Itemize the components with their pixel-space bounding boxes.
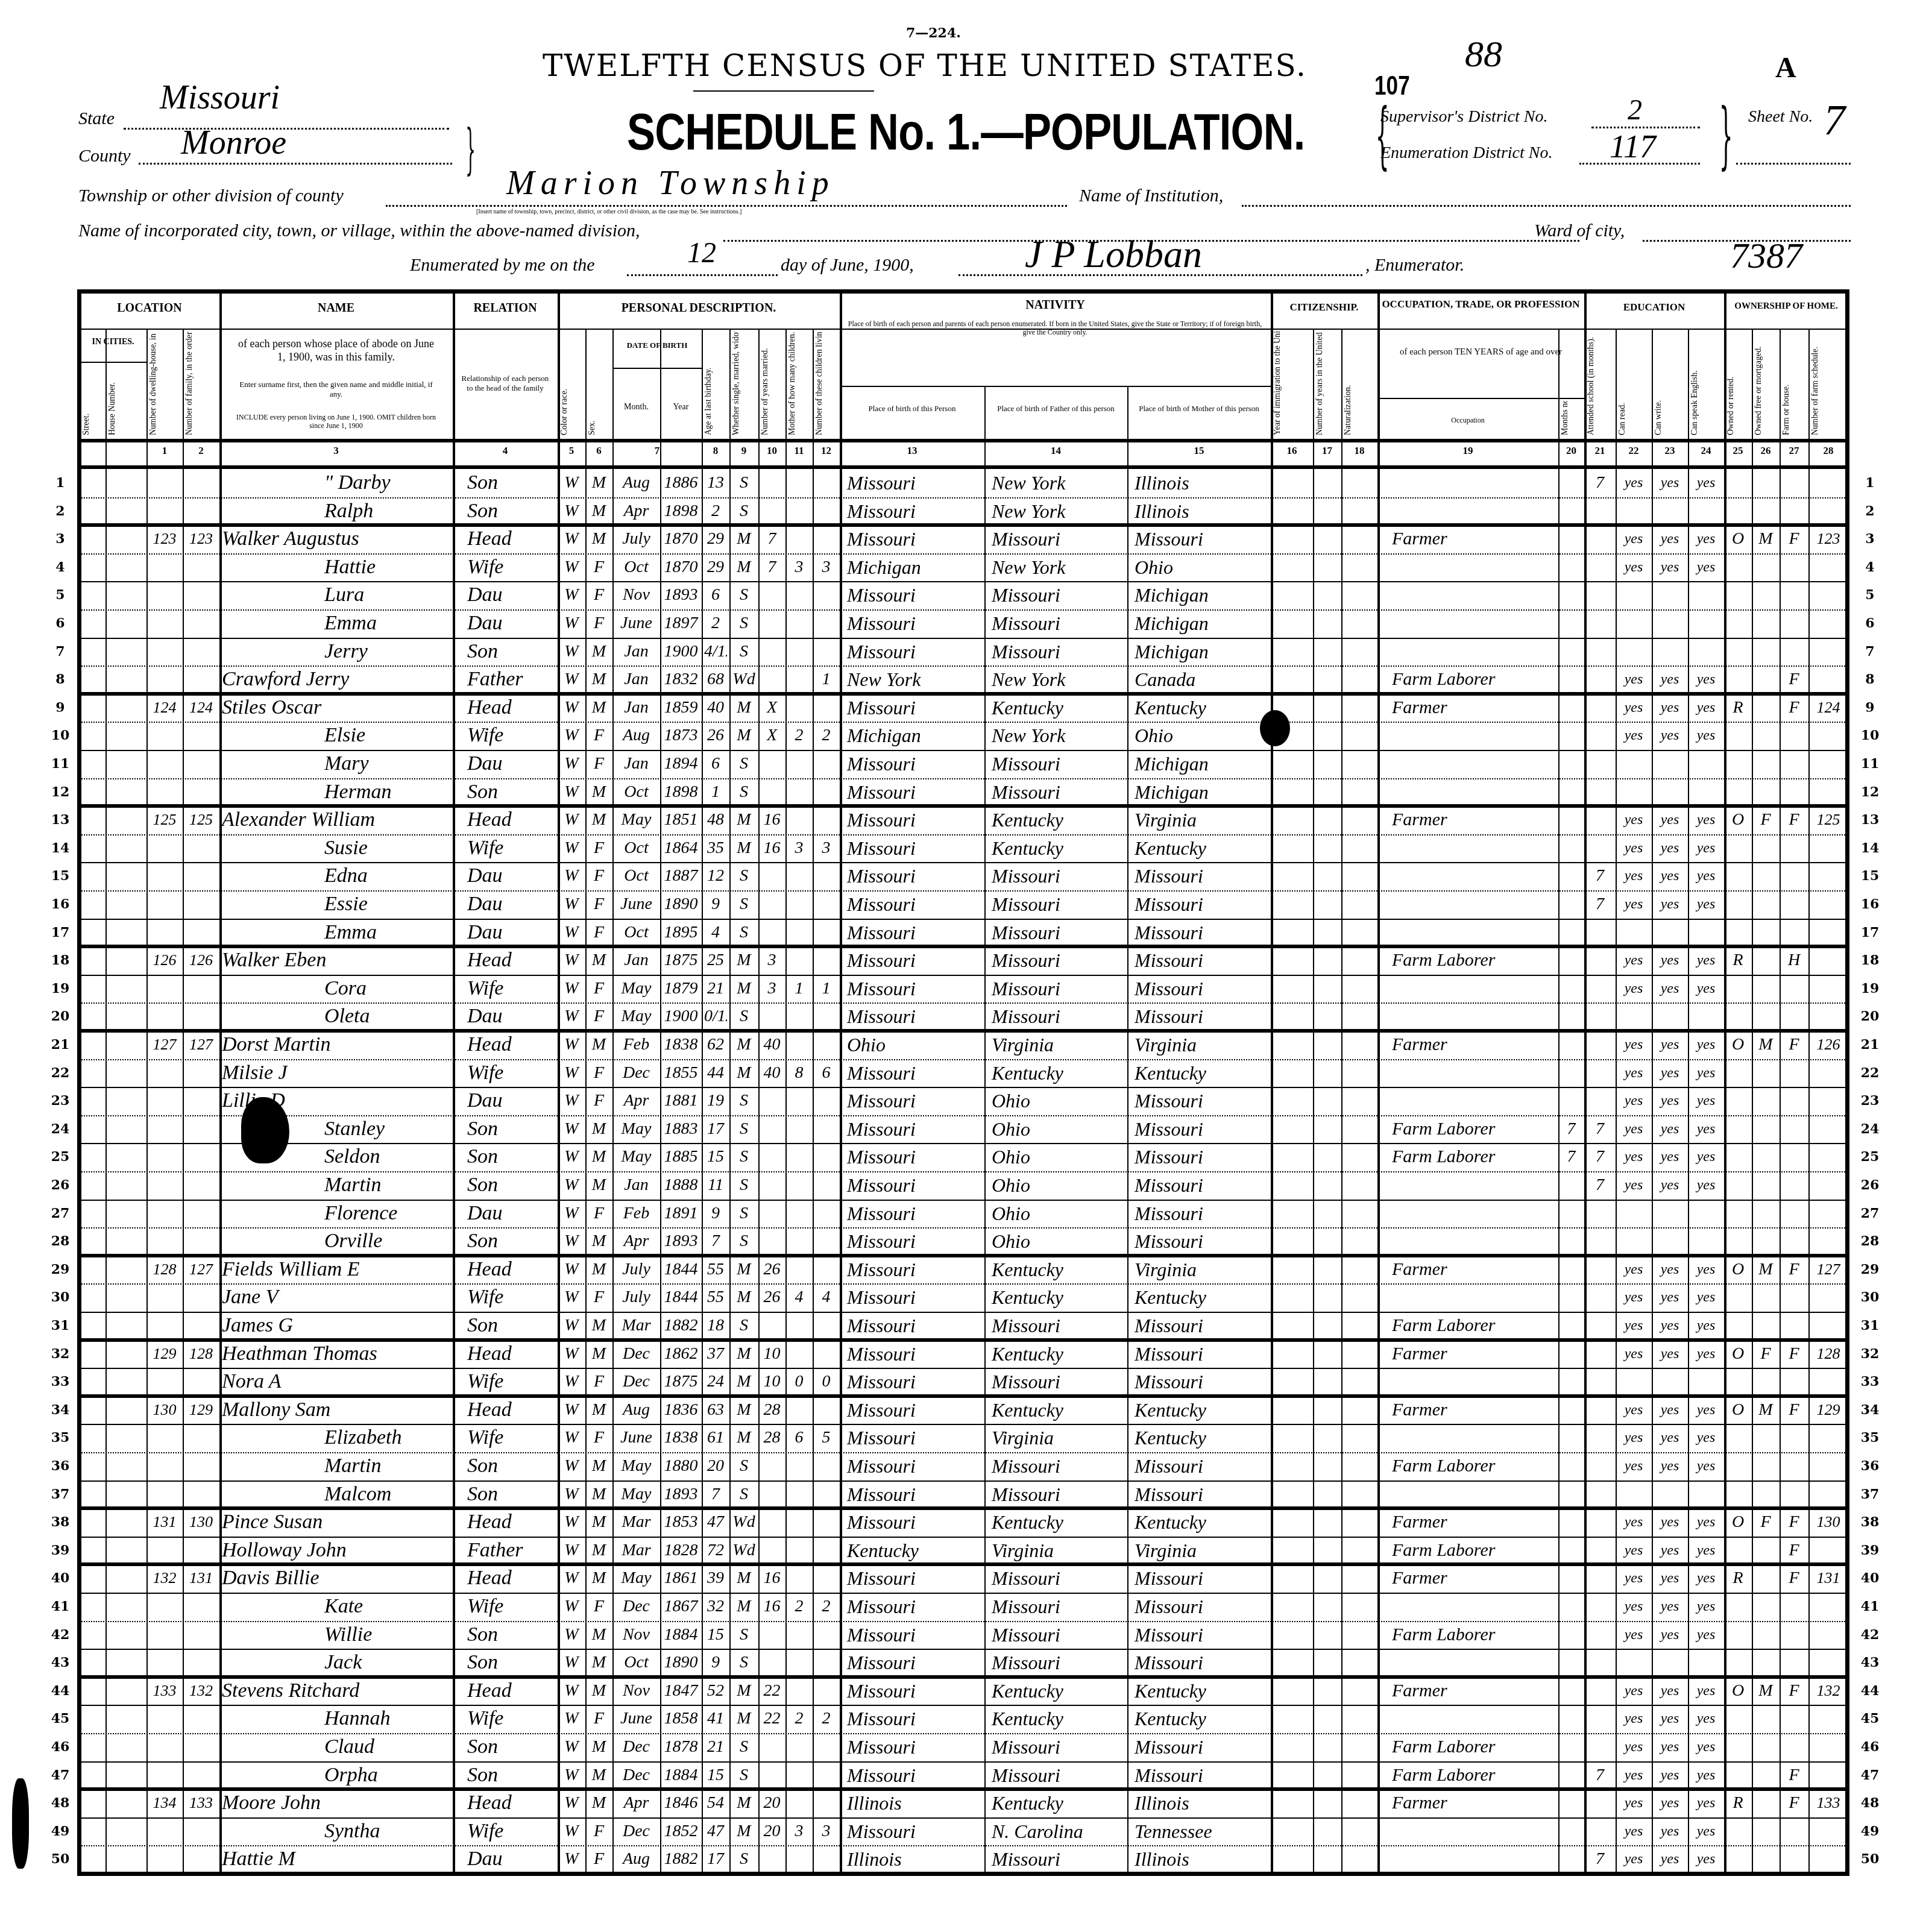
cell-pob-father: Ohio <box>987 1227 1130 1256</box>
cell-sex: M <box>588 1621 610 1649</box>
line-number-right: 16 <box>1858 896 1882 912</box>
line-number-right: 12 <box>1858 784 1882 800</box>
cell-unemployed: 7 <box>1561 1143 1582 1171</box>
line-number-left: 24 <box>48 1121 72 1137</box>
cell-family <box>185 1452 217 1480</box>
cell-read: yes <box>1618 1677 1649 1705</box>
cell-dwelling <box>149 1171 180 1200</box>
cell-school <box>1587 1480 1613 1509</box>
cell-month: Mar <box>615 1312 658 1340</box>
cell-living <box>815 525 837 553</box>
cell-relation: Head <box>455 1508 567 1537</box>
cell-month: Mar <box>615 1537 658 1565</box>
cell-marital: S <box>732 1452 756 1480</box>
cell-pob-father: Ohio <box>987 1143 1130 1171</box>
cell-read: yes <box>1618 834 1649 863</box>
cell-farm-no <box>1811 581 1846 609</box>
cell-marital: S <box>732 497 756 526</box>
header-farm-schedule: Number of farm schedule. <box>1811 332 1846 435</box>
cell-occupation: Farmer <box>1380 525 1568 553</box>
cell-farm-no <box>1811 1002 1846 1031</box>
cell-living <box>815 778 837 807</box>
cell-dwelling: 125 <box>149 806 180 834</box>
cell-sex: M <box>588 694 610 722</box>
cell-yrs-married: 28 <box>761 1396 783 1424</box>
cell-pob-mother: Michigan <box>1130 581 1273 609</box>
cell-read: yes <box>1618 975 1649 1003</box>
cell-pob-mother: Missouri <box>1130 1621 1273 1649</box>
cell-age: 6 <box>704 581 727 609</box>
cell-farm <box>1782 1368 1806 1396</box>
cell-month: June <box>615 609 658 638</box>
cell-pob: Missouri <box>842 1452 987 1480</box>
cell-farm-no <box>1811 834 1846 863</box>
cell-farm <box>1782 722 1806 750</box>
cell-living <box>815 1480 837 1509</box>
cell-free <box>1754 946 1777 975</box>
cell-free: M <box>1754 1031 1777 1059</box>
cell-living <box>815 1031 837 1059</box>
cell-unemployed: 7 <box>1561 1115 1582 1144</box>
cell-month: Aug <box>615 469 658 497</box>
cell-color: W <box>560 834 583 863</box>
cell-name: Milsie J <box>222 1059 450 1087</box>
cell-farm-no <box>1811 1171 1846 1200</box>
cell-free <box>1754 469 1777 497</box>
cell-year: 1898 <box>663 778 699 807</box>
cell-free <box>1754 1115 1777 1144</box>
cell-marital: M <box>732 1677 756 1705</box>
cell-read <box>1618 497 1649 526</box>
column-number: 27 <box>1780 445 1808 457</box>
cell-write: yes <box>1654 1761 1685 1790</box>
cell-marital: M <box>732 1817 756 1846</box>
cell-color: W <box>560 1283 583 1312</box>
cell-mother-of <box>788 1256 810 1284</box>
cell-pob-mother: Virginia <box>1130 1031 1273 1059</box>
cell-yrs-married: 16 <box>761 834 783 863</box>
cell-unemployed <box>1561 1087 1582 1115</box>
cell-unemployed <box>1561 1621 1582 1649</box>
cell-unemployed <box>1561 919 1582 947</box>
line-number-right: 43 <box>1858 1655 1882 1670</box>
cell-sex: F <box>588 1002 610 1031</box>
cell-age: 9 <box>704 890 727 919</box>
cell-living <box>815 1452 837 1480</box>
ownership-header: OWNERSHIP OF HOME. <box>1724 301 1848 312</box>
education-header: EDUCATION <box>1584 301 1724 313</box>
cell-owned <box>1726 1817 1749 1846</box>
cell-pob-father: Kentucky <box>987 1283 1130 1312</box>
line-number-left: 34 <box>48 1402 72 1418</box>
line-number-left: 26 <box>48 1177 72 1193</box>
cell-farm-no <box>1811 666 1846 694</box>
cell-name: Moore John <box>222 1789 450 1817</box>
cell-dwelling <box>149 1817 180 1846</box>
cell-write: yes <box>1654 1789 1685 1817</box>
cell-month: Oct <box>615 778 658 807</box>
cell-pob-father: Missouri <box>987 609 1130 638</box>
cell-year: 1895 <box>663 919 699 947</box>
cell-sex: F <box>588 862 610 890</box>
cell-pob-mother: Kentucky <box>1130 1059 1273 1087</box>
cell-free: M <box>1754 525 1777 553</box>
cell-sex: F <box>588 1059 610 1087</box>
cell-unemployed <box>1561 1761 1582 1790</box>
cell-marital: S <box>732 1171 756 1200</box>
cell-age: 9 <box>704 1649 727 1677</box>
cell-read: yes <box>1618 1817 1649 1846</box>
column-number: 22 <box>1616 445 1652 457</box>
line-number-left: 27 <box>48 1206 72 1221</box>
occupation-rule <box>1377 398 1584 399</box>
line-number-right: 27 <box>1858 1206 1882 1221</box>
cell-farm-no <box>1811 1143 1846 1171</box>
cell-color: W <box>560 609 583 638</box>
cell-marital: S <box>732 1649 756 1677</box>
line-number-left: 42 <box>48 1627 72 1643</box>
line-number-right: 7 <box>1858 644 1882 659</box>
cell-english: yes <box>1690 1059 1722 1087</box>
cell-color: W <box>560 890 583 919</box>
cell-occupation <box>1380 1227 1568 1256</box>
cell-yrs-married: 20 <box>761 1817 783 1846</box>
cell-pob-father: Missouri <box>987 946 1130 975</box>
cell-farm <box>1782 581 1806 609</box>
cell-month: Oct <box>615 862 658 890</box>
cell-read: yes <box>1618 1733 1649 1761</box>
supervisor-value: 2 <box>1628 93 1642 127</box>
cell-age: 17 <box>704 1845 727 1874</box>
cell-pob-mother: Illinois <box>1130 469 1273 497</box>
cell-english: yes <box>1690 553 1722 582</box>
line-number-left: 36 <box>48 1458 72 1474</box>
cell-farm-no <box>1811 1705 1846 1733</box>
cell-farm <box>1782 638 1806 666</box>
cell-pob-mother: Kentucky <box>1130 1508 1273 1537</box>
cell-living <box>815 1508 837 1537</box>
cell-dwelling <box>149 1452 180 1480</box>
cell-unemployed <box>1561 1171 1582 1200</box>
cell-occupation <box>1380 1817 1568 1846</box>
cell-farm <box>1782 1227 1806 1256</box>
cell-name: Alexander William <box>222 806 450 834</box>
census-title: TWELFTH CENSUS OF THE UNITED STATES. <box>543 48 1307 83</box>
cell-relation: Head <box>455 946 567 975</box>
cell-pob-mother: Canada <box>1130 666 1273 694</box>
cell-free <box>1754 1171 1777 1200</box>
cell-free <box>1754 1227 1777 1256</box>
cell-yrs-married <box>761 1452 783 1480</box>
cell-sex: F <box>588 722 610 750</box>
cell-pob-mother: Illinois <box>1130 497 1273 526</box>
cell-year: 1867 <box>663 1593 699 1621</box>
cell-pob: Missouri <box>842 1817 987 1846</box>
cell-mother-of <box>788 1537 810 1565</box>
cell-month: Oct <box>615 834 658 863</box>
cell-pob-father: Virginia <box>987 1031 1130 1059</box>
cell-dwelling: 131 <box>149 1508 180 1537</box>
cell-color: W <box>560 1115 583 1144</box>
line-number-left: 19 <box>48 981 72 996</box>
cell-write <box>1654 609 1685 638</box>
cell-color: W <box>560 1031 583 1059</box>
cell-month: June <box>615 890 658 919</box>
cell-read: yes <box>1618 1621 1649 1649</box>
cell-pob: Missouri <box>842 1002 987 1031</box>
cell-school <box>1587 1817 1613 1846</box>
cell-family: 125 <box>185 806 217 834</box>
cell-occupation: Farm Laborer <box>1380 1537 1568 1565</box>
cell-relation: Head <box>455 1256 567 1284</box>
cell-sex: F <box>588 1593 610 1621</box>
cell-year: 1887 <box>663 862 699 890</box>
cell-read: yes <box>1618 1059 1649 1087</box>
column-number: 28 <box>1808 445 1848 457</box>
cell-pob-father: Ohio <box>987 1115 1130 1144</box>
cell-dwelling <box>149 862 180 890</box>
cell-sex: F <box>588 553 610 582</box>
cell-name: Walker Augustus <box>222 525 450 553</box>
cell-pob-father: Missouri <box>987 1845 1130 1874</box>
cell-month: Jan <box>615 694 658 722</box>
line-number-left: 21 <box>48 1037 72 1053</box>
cell-marital: M <box>732 1059 756 1087</box>
cell-relation: Wife <box>455 1283 567 1312</box>
ink-blot <box>1260 710 1290 746</box>
cell-pob: Michigan <box>842 553 987 582</box>
cell-pob: Missouri <box>842 1227 987 1256</box>
cell-dwelling <box>149 1761 180 1790</box>
cell-free <box>1754 497 1777 526</box>
cell-marital: S <box>732 581 756 609</box>
cell-sex: M <box>588 469 610 497</box>
cell-relation: Dau <box>455 750 567 778</box>
cell-farm: H <box>1782 946 1806 975</box>
cell-mother-of <box>788 1564 810 1593</box>
cell-owned: R <box>1726 946 1749 975</box>
cell-pob-father: Missouri <box>987 862 1130 890</box>
cell-pob-mother: Missouri <box>1130 1452 1273 1480</box>
cell-write: yes <box>1654 890 1685 919</box>
column-number: 13 <box>840 445 984 457</box>
cell-family <box>185 581 217 609</box>
cell-living: 0 <box>815 1368 837 1396</box>
cell-school <box>1587 1340 1613 1368</box>
county-label: County <box>78 146 131 166</box>
cell-pob-father: Missouri <box>987 525 1130 553</box>
cell-pob: Missouri <box>842 1480 987 1509</box>
cell-english <box>1690 778 1722 807</box>
cell-farm <box>1782 553 1806 582</box>
cell-age: 25 <box>704 946 727 975</box>
line-number-left: 4 <box>48 559 72 575</box>
cell-pob: Missouri <box>842 1621 987 1649</box>
cell-color: W <box>560 666 583 694</box>
header-years-us: Number of years in the United States. <box>1315 332 1339 435</box>
cell-pob: Missouri <box>842 1115 987 1144</box>
cell-yrs-married <box>761 1480 783 1509</box>
cell-write: yes <box>1654 1733 1685 1761</box>
cell-english: yes <box>1690 666 1722 694</box>
cell-month: Dec <box>615 1817 658 1846</box>
cell-unemployed <box>1561 1480 1582 1509</box>
cell-english: yes <box>1690 1705 1722 1733</box>
cell-month: June <box>615 1705 658 1733</box>
cell-sex: F <box>588 1424 610 1452</box>
cell-mother-of <box>788 1761 810 1790</box>
cell-relation: Wife <box>455 553 567 582</box>
cell-pob-mother: Missouri <box>1130 975 1273 1003</box>
line-number-right: 1 <box>1858 475 1882 491</box>
cell-color: W <box>560 1677 583 1705</box>
cell-school <box>1587 1396 1613 1424</box>
township-value: Marion Township <box>506 164 835 203</box>
cell-dwelling <box>149 1621 180 1649</box>
cell-year: 1882 <box>663 1312 699 1340</box>
cell-farm <box>1782 1087 1806 1115</box>
cell-month: May <box>615 975 658 1003</box>
cell-living <box>815 638 837 666</box>
cell-mother-of <box>788 1087 810 1115</box>
cell-yrs-married <box>761 1200 783 1228</box>
column-number: 25 <box>1724 445 1752 457</box>
cell-color: W <box>560 1480 583 1509</box>
cell-color: W <box>560 1340 583 1368</box>
cell-pob-father: Kentucky <box>987 1508 1130 1537</box>
cell-yrs-married <box>761 1227 783 1256</box>
cell-age: 2 <box>704 497 727 526</box>
column-divider <box>1808 329 1810 1874</box>
cell-dwelling <box>149 1200 180 1228</box>
cell-family <box>185 1733 217 1761</box>
ward-label: Ward of city, <box>1534 221 1625 241</box>
month-header: Month. <box>612 403 660 413</box>
cell-owned: O <box>1726 1677 1749 1705</box>
cell-sex: F <box>588 890 610 919</box>
cell-relation: Son <box>455 638 567 666</box>
cell-dwelling <box>149 1227 180 1256</box>
cell-month: Oct <box>615 919 658 947</box>
cell-pob: New York <box>842 666 987 694</box>
cell-unemployed <box>1561 1452 1582 1480</box>
line-number-right: 49 <box>1858 1823 1882 1839</box>
cell-free <box>1754 722 1777 750</box>
cell-owned <box>1726 1002 1749 1031</box>
cell-unemployed <box>1561 778 1582 807</box>
cell-living <box>815 1564 837 1593</box>
line-number-right: 5 <box>1858 587 1882 603</box>
cell-pob: Missouri <box>842 890 987 919</box>
cell-farm <box>1782 1200 1806 1228</box>
cell-owned: O <box>1726 1256 1749 1284</box>
cell-family <box>185 1002 217 1031</box>
column-number: 19 <box>1377 445 1558 457</box>
cell-unemployed <box>1561 1059 1582 1087</box>
cell-family <box>185 609 217 638</box>
cell-owned <box>1726 1171 1749 1200</box>
cell-free <box>1754 1817 1777 1846</box>
cell-english <box>1690 1649 1722 1677</box>
cell-marital: S <box>732 1761 756 1790</box>
cell-marital: Wd <box>732 1508 756 1537</box>
cell-marital: S <box>732 1621 756 1649</box>
cell-english: yes <box>1690 1761 1722 1790</box>
cell-year: 1873 <box>663 722 699 750</box>
cell-occupation: Farm Laborer <box>1380 1761 1568 1790</box>
cell-family <box>185 862 217 890</box>
cell-marital: S <box>732 1087 756 1115</box>
cell-occupation <box>1380 862 1568 890</box>
cell-read: yes <box>1618 1171 1649 1200</box>
cell-marital: S <box>732 890 756 919</box>
cell-age: 17 <box>704 1115 727 1144</box>
cell-farm-no <box>1811 1845 1846 1874</box>
cell-read: yes <box>1618 806 1649 834</box>
line-number-right: 11 <box>1858 756 1882 772</box>
header-immigration: Year of immigration to the United States… <box>1273 332 1311 435</box>
cell-yrs-married: 40 <box>761 1059 783 1087</box>
cell-pob-mother: Missouri <box>1130 1761 1273 1790</box>
cell-year: 1852 <box>663 1817 699 1846</box>
cell-write <box>1654 778 1685 807</box>
cell-farm <box>1782 1621 1806 1649</box>
cell-sex: M <box>588 778 610 807</box>
cell-relation: Son <box>455 497 567 526</box>
cell-pob-mother: Michigan <box>1130 750 1273 778</box>
cell-owned <box>1726 1480 1749 1509</box>
cell-write: yes <box>1654 1143 1685 1171</box>
cell-occupation <box>1380 1087 1568 1115</box>
cell-farm: F <box>1782 666 1806 694</box>
cell-living <box>815 1087 837 1115</box>
cell-dwelling <box>149 975 180 1003</box>
cell-marital: M <box>732 1283 756 1312</box>
cell-color: W <box>560 1312 583 1340</box>
cell-living <box>815 1312 837 1340</box>
cell-living <box>815 1227 837 1256</box>
cell-owned <box>1726 778 1749 807</box>
line-number-right: 39 <box>1858 1543 1882 1558</box>
cell-pob: Missouri <box>842 1508 987 1537</box>
cell-pob-mother: Missouri <box>1130 1649 1273 1677</box>
cell-age: 1 <box>704 778 727 807</box>
line-number-left: 50 <box>48 1851 72 1867</box>
cell-english: yes <box>1690 890 1722 919</box>
cell-pob: Missouri <box>842 1424 987 1452</box>
cell-owned <box>1726 1733 1749 1761</box>
line-number-right: 38 <box>1858 1514 1882 1530</box>
ink-blot <box>241 1097 289 1163</box>
cell-name: Jane V <box>222 1283 450 1312</box>
township-underline <box>386 205 1067 207</box>
cell-family: 123 <box>185 525 217 553</box>
cell-unemployed <box>1561 1537 1582 1565</box>
cell-living: 5 <box>815 1424 837 1452</box>
in-cities-rule <box>80 362 146 363</box>
cell-yrs-married: 20 <box>761 1789 783 1817</box>
cell-name: Stevens Ritchard <box>222 1677 450 1705</box>
cell-mother-of <box>788 666 810 694</box>
line-number-right: 4 <box>1858 559 1882 575</box>
cell-dwelling <box>149 1143 180 1171</box>
cell-school <box>1587 1564 1613 1593</box>
column-divider <box>813 329 814 1874</box>
enumerator-signature: J P Lobban <box>1025 232 1202 277</box>
cell-name: Pince Susan <box>222 1508 450 1537</box>
cell-mother-of <box>788 638 810 666</box>
cell-family <box>185 834 217 863</box>
